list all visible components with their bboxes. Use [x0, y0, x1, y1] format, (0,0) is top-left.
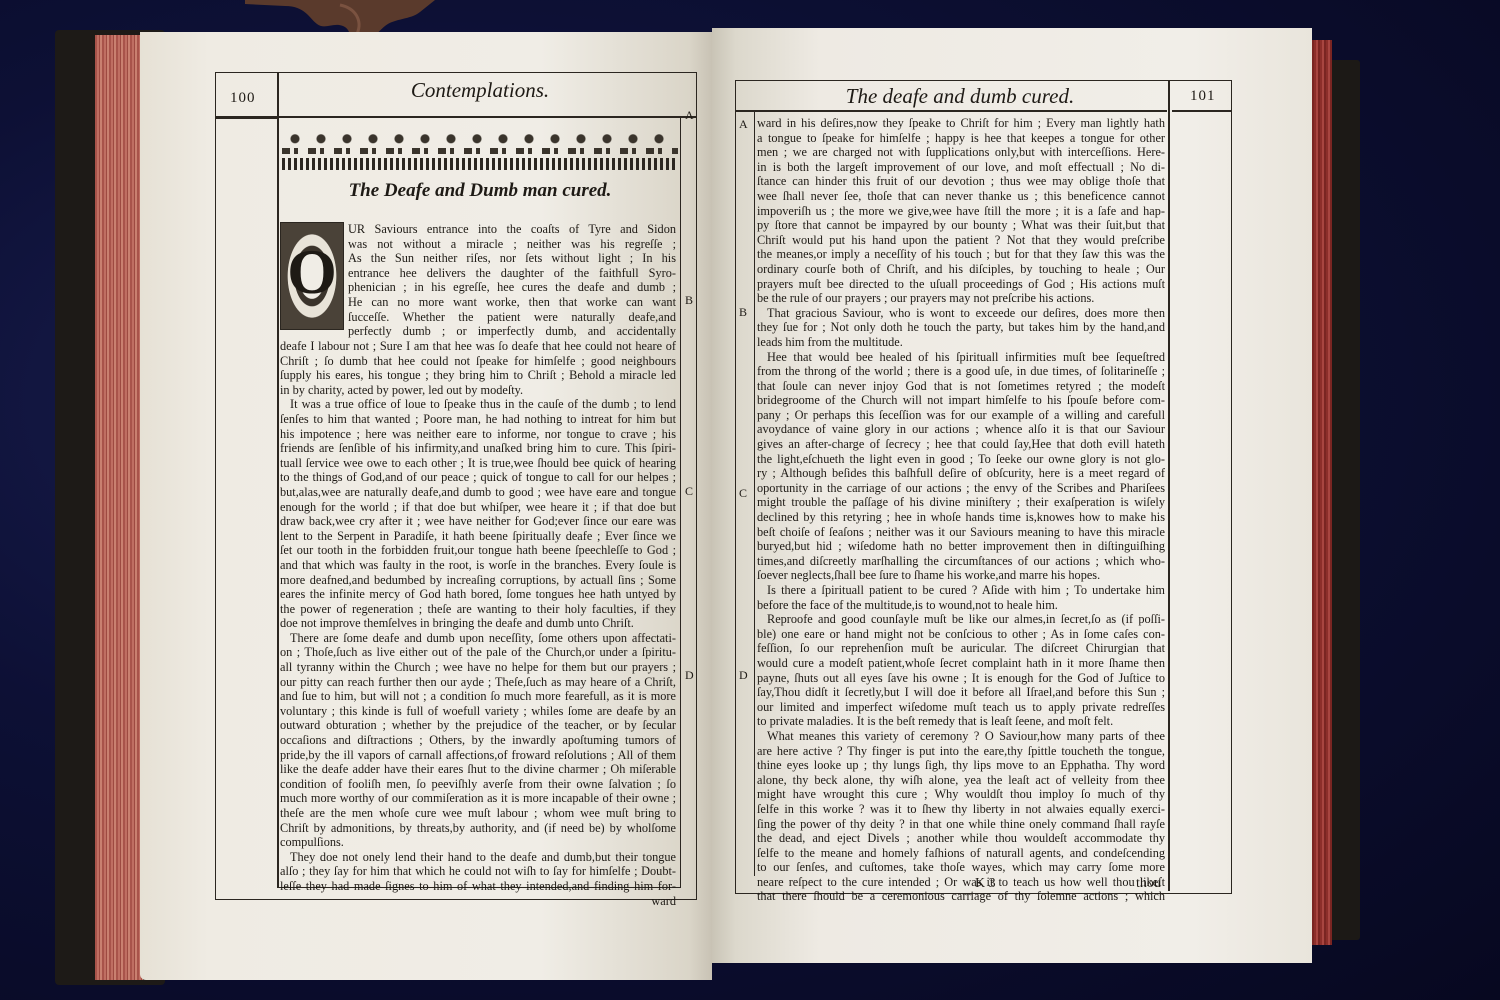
- chapter-title: The Deafe and Dumb man cured.: [282, 180, 678, 202]
- text-line: the dead, and eject Divels ; another whi…: [757, 831, 1165, 846]
- margin-letter-c: C: [739, 486, 747, 501]
- text-line: phenician ; in his egreſſe, hee cures th…: [348, 280, 676, 295]
- text-line: py ſtore that cannot be impayred by our …: [757, 218, 1165, 233]
- text-line: Chriſt ; ſo dumb that hee could not ſpea…: [280, 354, 676, 369]
- text-line: might trouble the paſſage of his divine …: [757, 495, 1165, 510]
- text-line: ward in his deſires,now they ſpeake to C…: [757, 116, 1165, 131]
- text-line: tuall ſervice wee owe to each other ; It…: [280, 456, 676, 471]
- text-line: might have wrought this cure ; Why would…: [757, 787, 1165, 802]
- text-line: be the rule of our prayers ; our prayers…: [757, 291, 1165, 306]
- right-folio-rule: [1172, 110, 1232, 112]
- text-line: doe not improve themſelves in bringing t…: [280, 616, 676, 631]
- text-line: That gracious Saviour, who is wont to ex…: [757, 306, 1165, 321]
- text-line: draw back,wee cry after it ; wee have ne…: [280, 514, 676, 529]
- running-head: Contemplations.: [280, 78, 680, 103]
- right-body-text: ward in his deſires,now they ſpeake to C…: [757, 116, 1165, 904]
- text-line: a tongue to ſpeake for himſelfe ; happy …: [757, 131, 1165, 146]
- text-line: more deafned,and bedumbed by increaſing …: [280, 573, 676, 588]
- text-line: buryed,but hid ; wiſedome hath no better…: [757, 539, 1165, 554]
- text-line: gives an after-charge of ſecrecy ; hee t…: [757, 437, 1165, 452]
- text-line: are here active ? Thy finger is put into…: [757, 744, 1165, 759]
- margin-letter-d: D: [739, 668, 748, 683]
- right-folio-divider: [1168, 81, 1170, 891]
- text-line: ſupply his eares, his tongue ; they brin…: [280, 368, 676, 383]
- text-line: and ſue to him, but will not ; a conditi…: [280, 689, 676, 704]
- text-line: ſucceſſe. Whether the patient were natur…: [348, 310, 676, 325]
- text-line: perfectly dumb ; or imperfectly dumb, an…: [348, 324, 676, 339]
- text-line: on ; Thoſe,ſuch as live either out of th…: [280, 645, 676, 660]
- text-line: What meanes this variety of ceremony ? O…: [757, 729, 1165, 744]
- text-line: Reproofe and good counſayle muſt be like…: [757, 612, 1165, 627]
- text-line: but,alas,wee are naturally deafe,and dum…: [280, 485, 676, 500]
- decorated-initial: O: [280, 222, 344, 330]
- margin-letter-a: A: [739, 117, 748, 132]
- text-line: in is both the largeſt improvement of ou…: [757, 160, 1165, 175]
- text-line: wee ſhall never ſee, thoſe that can neve…: [757, 189, 1165, 204]
- text-line: theſe are the men whoſe cure wee muſt la…: [280, 806, 676, 821]
- text-line: that ſoule can never injoy God that is n…: [757, 379, 1165, 394]
- text-line: thine eyes looke up ; thy lungs ſigh, th…: [757, 758, 1165, 773]
- text-line: lent to the Serpent in Paradiſe, it hath…: [280, 529, 676, 544]
- text-line: occaſions and diſtractions ; Others, by …: [280, 733, 676, 748]
- left-header-rule: [215, 116, 697, 118]
- text-line: alſo ; they ſay for him that which he co…: [280, 864, 676, 879]
- text-line: to the things of God,and of our peace ; …: [280, 470, 676, 485]
- text-line: Chriſt would put his hand upon the patie…: [757, 233, 1165, 248]
- left-folio-rule: [215, 117, 277, 119]
- text-line: It was a true office of loue to ſpeake t…: [280, 397, 676, 412]
- left-outer-divider: [680, 117, 681, 888]
- text-line: neare reſpect to the cure intended ; Or …: [757, 875, 1165, 890]
- text-line: ſoever neglects,ſhall bee ſure to ſhame …: [757, 568, 1165, 583]
- folio-number: 101: [1190, 88, 1216, 105]
- text-line: Hee that would bee healed of his ſpiritu…: [757, 350, 1165, 365]
- text-line: ordinary courſe both of Chriſt, and his …: [757, 262, 1165, 277]
- text-line: prayers muſt bee directed to the uſuall …: [757, 277, 1165, 292]
- left-margin-divider: [277, 73, 279, 888]
- text-line: avoydance of vaine glory in our actions …: [757, 422, 1165, 437]
- text-line: They doe not onely lend their hand to th…: [280, 850, 676, 865]
- text-line: bridegroome of the Church will not impar…: [757, 393, 1165, 408]
- margin-letter-b: B: [739, 305, 747, 320]
- text-line: his impotence ; here was neither eare to…: [280, 427, 676, 442]
- margin-letter-c: C: [685, 484, 693, 499]
- text-line: ſet our tooth in the forbidden fruit,our…: [280, 543, 676, 558]
- folio-number: 100: [230, 90, 256, 107]
- drop-cap-letter: O: [281, 235, 343, 309]
- text-line: times,and diſcreetly marſhalling the cir…: [757, 554, 1165, 569]
- text-line: impoveriſh us ; the more we give,wee hav…: [757, 204, 1165, 219]
- text-line: from the throng of the world ; there is …: [757, 364, 1165, 379]
- text-line: much more worthy of our commiſeration as…: [280, 791, 676, 806]
- text-line: feſſion, ſo our reprehenſion muſt be aur…: [757, 641, 1165, 656]
- text-line: pany ; Or perhaps this ſeceſſion was for…: [757, 408, 1165, 423]
- text-line: voluntary ; this kinde is full of woeful…: [280, 704, 676, 719]
- catchword: ward: [280, 894, 676, 909]
- text-line: UR Saviours entrance into the coaſts of …: [348, 222, 676, 237]
- text-line: He can no more want worke, then that wor…: [348, 295, 676, 310]
- headpiece-ornament: [282, 128, 678, 172]
- margin-letter-b: B: [685, 293, 693, 308]
- text-line: beſt choiſe of ſeaſons ; neither was it …: [757, 525, 1165, 540]
- text-line: declined by this retyring ; hee in whoſe…: [757, 510, 1165, 525]
- text-line: ſing the power of thy deity ? in that on…: [757, 817, 1165, 832]
- text-line: the power of regeneration ; theſe are wa…: [280, 602, 676, 617]
- text-line: like the deafe adder have their eares ſh…: [280, 762, 676, 777]
- text-line: ſelfe to the meane and homely faſhions o…: [757, 846, 1165, 861]
- text-line: in by charity, acted by power, led out b…: [280, 383, 676, 398]
- margin-letter-d: D: [685, 668, 694, 683]
- text-line: As the Sun neither riſes, nor ſets witho…: [348, 251, 676, 266]
- text-line: enough for the world ; if that doe but w…: [280, 500, 676, 515]
- text-line: leſſe they had made ſignes to him of wha…: [280, 879, 676, 894]
- text-line: payne, ſhuts out all eyes ſave his owne …: [757, 671, 1165, 686]
- text-line: oportunity in the carriage of our action…: [757, 481, 1165, 496]
- text-line: our limited and imperfect wiſedome muſt …: [757, 700, 1165, 715]
- text-line: the meanes,or imply a neceſſity of his t…: [757, 247, 1165, 262]
- page-edges-left: [95, 35, 143, 980]
- text-line: they ſue for ; Not only doth he touch th…: [757, 320, 1165, 335]
- text-line: to our ſenſes, and cuſtomes, take thoſe …: [757, 860, 1165, 875]
- text-line: pride,by the ill vapors of carnall affec…: [280, 748, 676, 763]
- left-body-text-indented: UR Saviours entrance into the coaſts of …: [348, 222, 676, 339]
- text-line: was not without a miracle ; neither was …: [348, 237, 676, 252]
- text-line: There are ſome deafe and dumb upon neceſ…: [280, 631, 676, 646]
- text-line: leads him from the multitude.: [757, 335, 1165, 350]
- text-line: ſay,Thou didſt it ſecretly,but I will do…: [757, 685, 1165, 700]
- text-line: ſelfe in this worke ? was it to ſhew thy…: [757, 802, 1165, 817]
- text-line: friends are ſenſible of his infirmity,an…: [280, 441, 676, 456]
- text-line: eares the infinite mercy of God hath bor…: [280, 587, 676, 602]
- signature-mark: K 3: [975, 876, 996, 892]
- running-head: The deafe and dumb cured.: [760, 84, 1160, 109]
- text-line: to private maladies. It is the beſt reme…: [757, 714, 1165, 729]
- text-line: before the face of the multitude,is to w…: [757, 598, 1165, 613]
- text-line: entrance hee delivers the daughter of th…: [348, 266, 676, 281]
- text-line: and that which was faulty in the root, i…: [280, 558, 676, 573]
- text-line: ry ; Although beſides this baſhfull deſi…: [757, 466, 1165, 481]
- text-line: men ; we are charged not with ſupplicati…: [757, 145, 1165, 160]
- right-inner-divider: [754, 111, 755, 876]
- text-line: Is there a ſpirituall patient to be cure…: [757, 583, 1165, 598]
- margin-letter-a: A: [685, 108, 694, 123]
- text-line: ſtance can hinder this fruit of our devo…: [757, 174, 1165, 189]
- catchword: thou: [1136, 876, 1161, 892]
- text-line: outward obturation ; whether by the prej…: [280, 718, 676, 733]
- text-line: Chriſt by admonitions, by threats,by aut…: [280, 821, 676, 836]
- text-line: compulſions.: [280, 835, 676, 850]
- text-line: the light,eſchueth the light even in goo…: [757, 452, 1165, 467]
- text-line: that there ſhould be a ceremonious carri…: [757, 889, 1165, 904]
- text-line: deafe I labour not ; Sure I am that hee …: [280, 339, 676, 354]
- text-line: condition of fooliſh men, ſo peeviſhly a…: [280, 777, 676, 792]
- left-body-text: deafe I labour not ; Sure I am that hee …: [280, 339, 676, 908]
- text-line: alone, thy beck alone, thy wiſh alone, y…: [757, 773, 1165, 788]
- text-line: would cure a modeſt patient,whoſe ſecret…: [757, 656, 1165, 671]
- text-line: ſenſes to him that wanted ; Poore man, h…: [280, 412, 676, 427]
- text-line: our pitty can reach further then our ayd…: [280, 675, 676, 690]
- right-header-rule: [735, 110, 1167, 112]
- text-line: ble) one eare or hand might not be conſc…: [757, 627, 1165, 642]
- text-line: all tyranny within the Church ; wee have…: [280, 660, 676, 675]
